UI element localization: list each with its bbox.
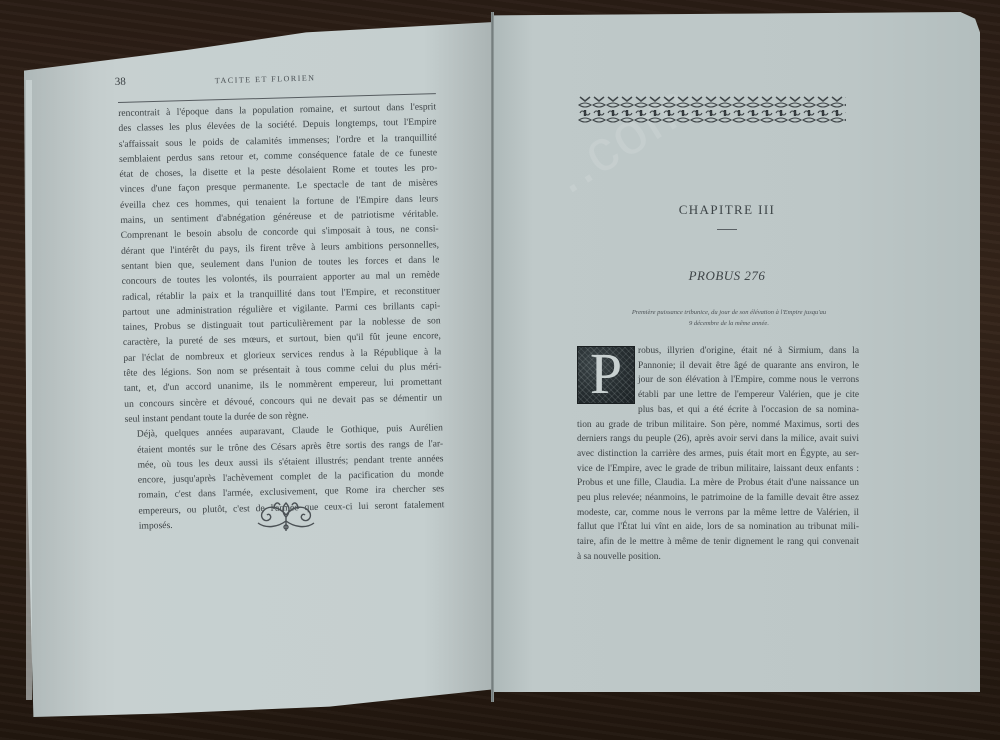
text-line: à sa nouvelle position. <box>577 550 859 565</box>
text-line: taire, afin de le mettre à même de tenir… <box>577 535 859 550</box>
subtitle-line: 9 décembre de la même année. <box>598 318 860 329</box>
text-line: plus bas, et qui a été écrite à l'occasi… <box>577 403 859 418</box>
left-page-body: rencontrait à l'époque dans la populatio… <box>118 99 445 534</box>
text-line: peu plus relevée; néanmoins, le patrimoi… <box>577 491 859 506</box>
text-line: Pannonie; il devait être âgé de quarante… <box>577 359 859 374</box>
text-line: avec distinction la carrière des armes, … <box>577 447 859 462</box>
text-line: modeste, car, comme nous le verrons par … <box>577 506 859 521</box>
text-line: Probus et une fille, Claudia. La mère de… <box>577 476 859 491</box>
subtitle-line: Première puissance tribunice, du jour de… <box>598 307 860 318</box>
text-line: robus, illyrien d'origine, était né à Si… <box>577 344 859 359</box>
text-line: établi par une lettre de l'empereur Valé… <box>577 388 859 403</box>
chapter-rule <box>717 229 737 230</box>
deckle-edge <box>26 80 32 700</box>
decorative-header-band-icon <box>578 94 846 124</box>
paragraph: rencontrait à l'époque dans la populatio… <box>118 99 443 427</box>
section-title: PROBUS 276 <box>594 268 860 284</box>
section-subtitle: Première puissance tribunice, du jour de… <box>598 307 860 329</box>
text-line: fallut que l'État lui vînt en aide, lors… <box>577 520 859 535</box>
fleuron-ornament-icon <box>252 497 320 535</box>
text-line: jour de son élévation à l'Empire, comme … <box>577 373 859 388</box>
book-gutter <box>491 12 494 702</box>
text-line: derniers rangs du peuple (26), après avo… <box>577 432 859 447</box>
text-line: vice de l'Empire, avec le grade de tribu… <box>577 462 859 477</box>
chapter-title: CHAPITRE III <box>594 202 860 218</box>
text-line: tion au grade de tribun militaire. Son p… <box>577 418 859 433</box>
right-page-body: robus, illyrien d'origine, était né à Si… <box>577 344 859 565</box>
